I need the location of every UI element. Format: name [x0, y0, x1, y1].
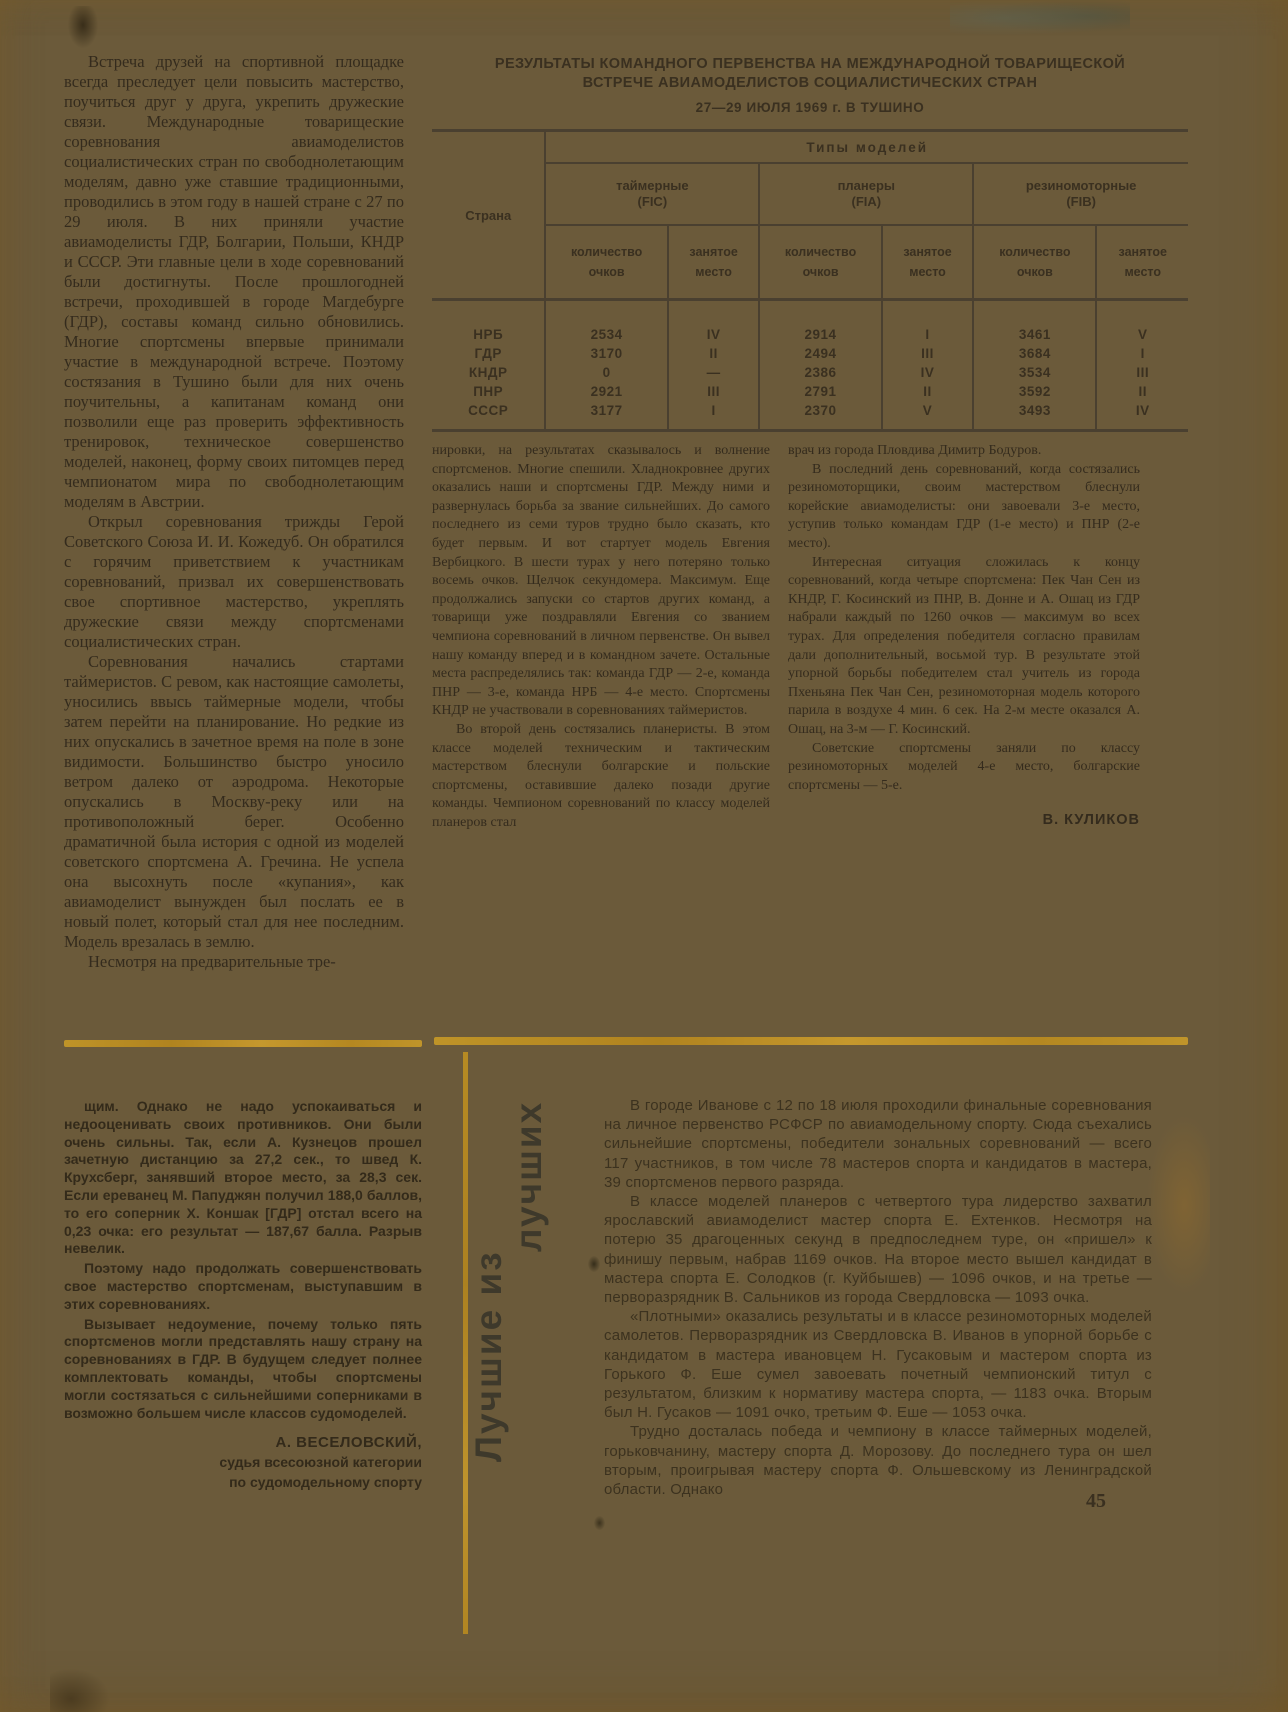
table-title-line3: 27—29 ИЮЛЯ 1969 г. В ТУШИНО — [432, 100, 1188, 115]
table-title-line2: ВСТРЕЧЕ АВИАМОДЕЛИСТОВ СОЦИАЛИСТИЧЕСКИХ … — [432, 74, 1188, 93]
paragraph: Несмотря на предварительные тре- — [64, 952, 404, 972]
header-model-types: Типы моделей — [545, 131, 1188, 164]
paragraph: Интересная ситуация сложилась к концу со… — [788, 554, 1140, 740]
paper-stain — [1146, 1115, 1210, 1295]
results-table-block: РЕЗУЛЬТАТЫ КОМАНДНОГО ПЕРВЕНСТВА НА МЕЖД… — [432, 55, 1188, 432]
table-title-line1: РЕЗУЛЬТАТЫ КОМАНДНОГО ПЕРВЕНСТВА НА МЕЖД… — [432, 55, 1188, 74]
ink-spot — [594, 1516, 605, 1530]
results-table: Страна Типы моделей таймерные (FIC) план… — [432, 129, 1188, 432]
header-place: занятоеместо — [668, 225, 759, 300]
vertical-section-title: Лучшие из — [468, 1250, 510, 1462]
paragraph: Соревнования начались стартами таймерист… — [64, 652, 404, 952]
table-row: НРБ2534 IV2914 I3461 V — [432, 300, 1188, 345]
signature-name: А. ВЕСЕЛОВСКИЙ, — [64, 1434, 422, 1452]
paragraph: Поэтому надо продолжать совершенствовать… — [64, 1260, 422, 1313]
signature-role: по судомодельному спорту — [64, 1472, 422, 1492]
paragraph: В городе Иванове с 12 по 18 июля проходи… — [604, 1096, 1152, 1192]
header-place: занятоеместо — [882, 225, 973, 300]
section-divider — [434, 1037, 1188, 1045]
paragraph: щим. Однако не надо успокаиваться и недо… — [64, 1098, 422, 1258]
paragraph: Во второй день состязались планеристы. В… — [432, 721, 770, 833]
header-group-timer: таймерные (FIC) — [545, 163, 759, 225]
article-column-right: врач из города Пловдива Димитр Бодуров. … — [788, 442, 1140, 844]
article-column-left: Встреча друзей на спортивной площадке вс… — [64, 52, 404, 972]
header-points: количествоочков — [973, 225, 1096, 300]
table-row: ГДР3170 II2494 III3684 I — [432, 344, 1188, 363]
article-column-middle: нировки, на результатах сказывалось и во… — [432, 442, 770, 832]
page-number: 45 — [1086, 1490, 1106, 1513]
table-row: ПНР2921 III2791 II3592 II — [432, 382, 1188, 401]
section-divider — [64, 1040, 422, 1047]
vertical-section-title: лучших — [508, 1101, 550, 1252]
paragraph: Встреча друзей на спортивной площадке вс… — [64, 52, 404, 512]
paper-stain — [50, 1668, 110, 1712]
paragraph: Трудно досталась победа и чемпиону в кла… — [604, 1422, 1152, 1499]
ink-spot — [588, 1256, 600, 1272]
best-of-best-section: В городе Иванове с 12 по 18 июля проходи… — [604, 1096, 1152, 1499]
header-points: количествоочков — [759, 225, 881, 300]
ship-sport-section: щим. Однако не надо успокаиваться и недо… — [64, 1098, 422, 1492]
header-country: Страна — [432, 131, 545, 300]
author-byline: В. КУЛИКОВ — [788, 811, 1140, 830]
paragraph: В классе моделей планеров с четвертого т… — [604, 1192, 1152, 1307]
paragraph: нировки, на результатах сказывалось и во… — [432, 442, 770, 721]
header-group-glider: планеры (FIA) — [759, 163, 973, 225]
paragraph: Открыл соревнования трижды Герой Советск… — [64, 512, 404, 652]
paragraph: Советские спортсмены заняли по классу ре… — [788, 740, 1140, 796]
paragraph: «Плотными» оказались результаты и в клас… — [604, 1307, 1152, 1422]
ink-smudge — [950, 0, 1130, 36]
ink-smudge — [68, 6, 98, 48]
signature-role: судья всесоюзной категории — [64, 1452, 422, 1472]
table-row: СССР3177 I2370 V3493 IV — [432, 401, 1188, 431]
table-row: КНДР0 —2386 IV3534 III — [432, 363, 1188, 382]
signature-block: А. ВЕСЕЛОВСКИЙ, судья всесоюзной категор… — [64, 1434, 422, 1492]
paragraph: В последний день соревнований, когда сос… — [788, 461, 1140, 554]
header-points: количествоочков — [545, 225, 667, 300]
paragraph: врач из города Пловдива Димитр Бодуров. — [788, 442, 1140, 461]
magazine-page: Встреча друзей на спортивной площадке вс… — [0, 0, 1288, 1712]
header-place: занятоеместо — [1096, 225, 1188, 300]
header-group-rubber: резиномоторные (FIB) — [973, 163, 1188, 225]
paragraph: Вызывает недоумение, почему только пять … — [64, 1316, 422, 1423]
